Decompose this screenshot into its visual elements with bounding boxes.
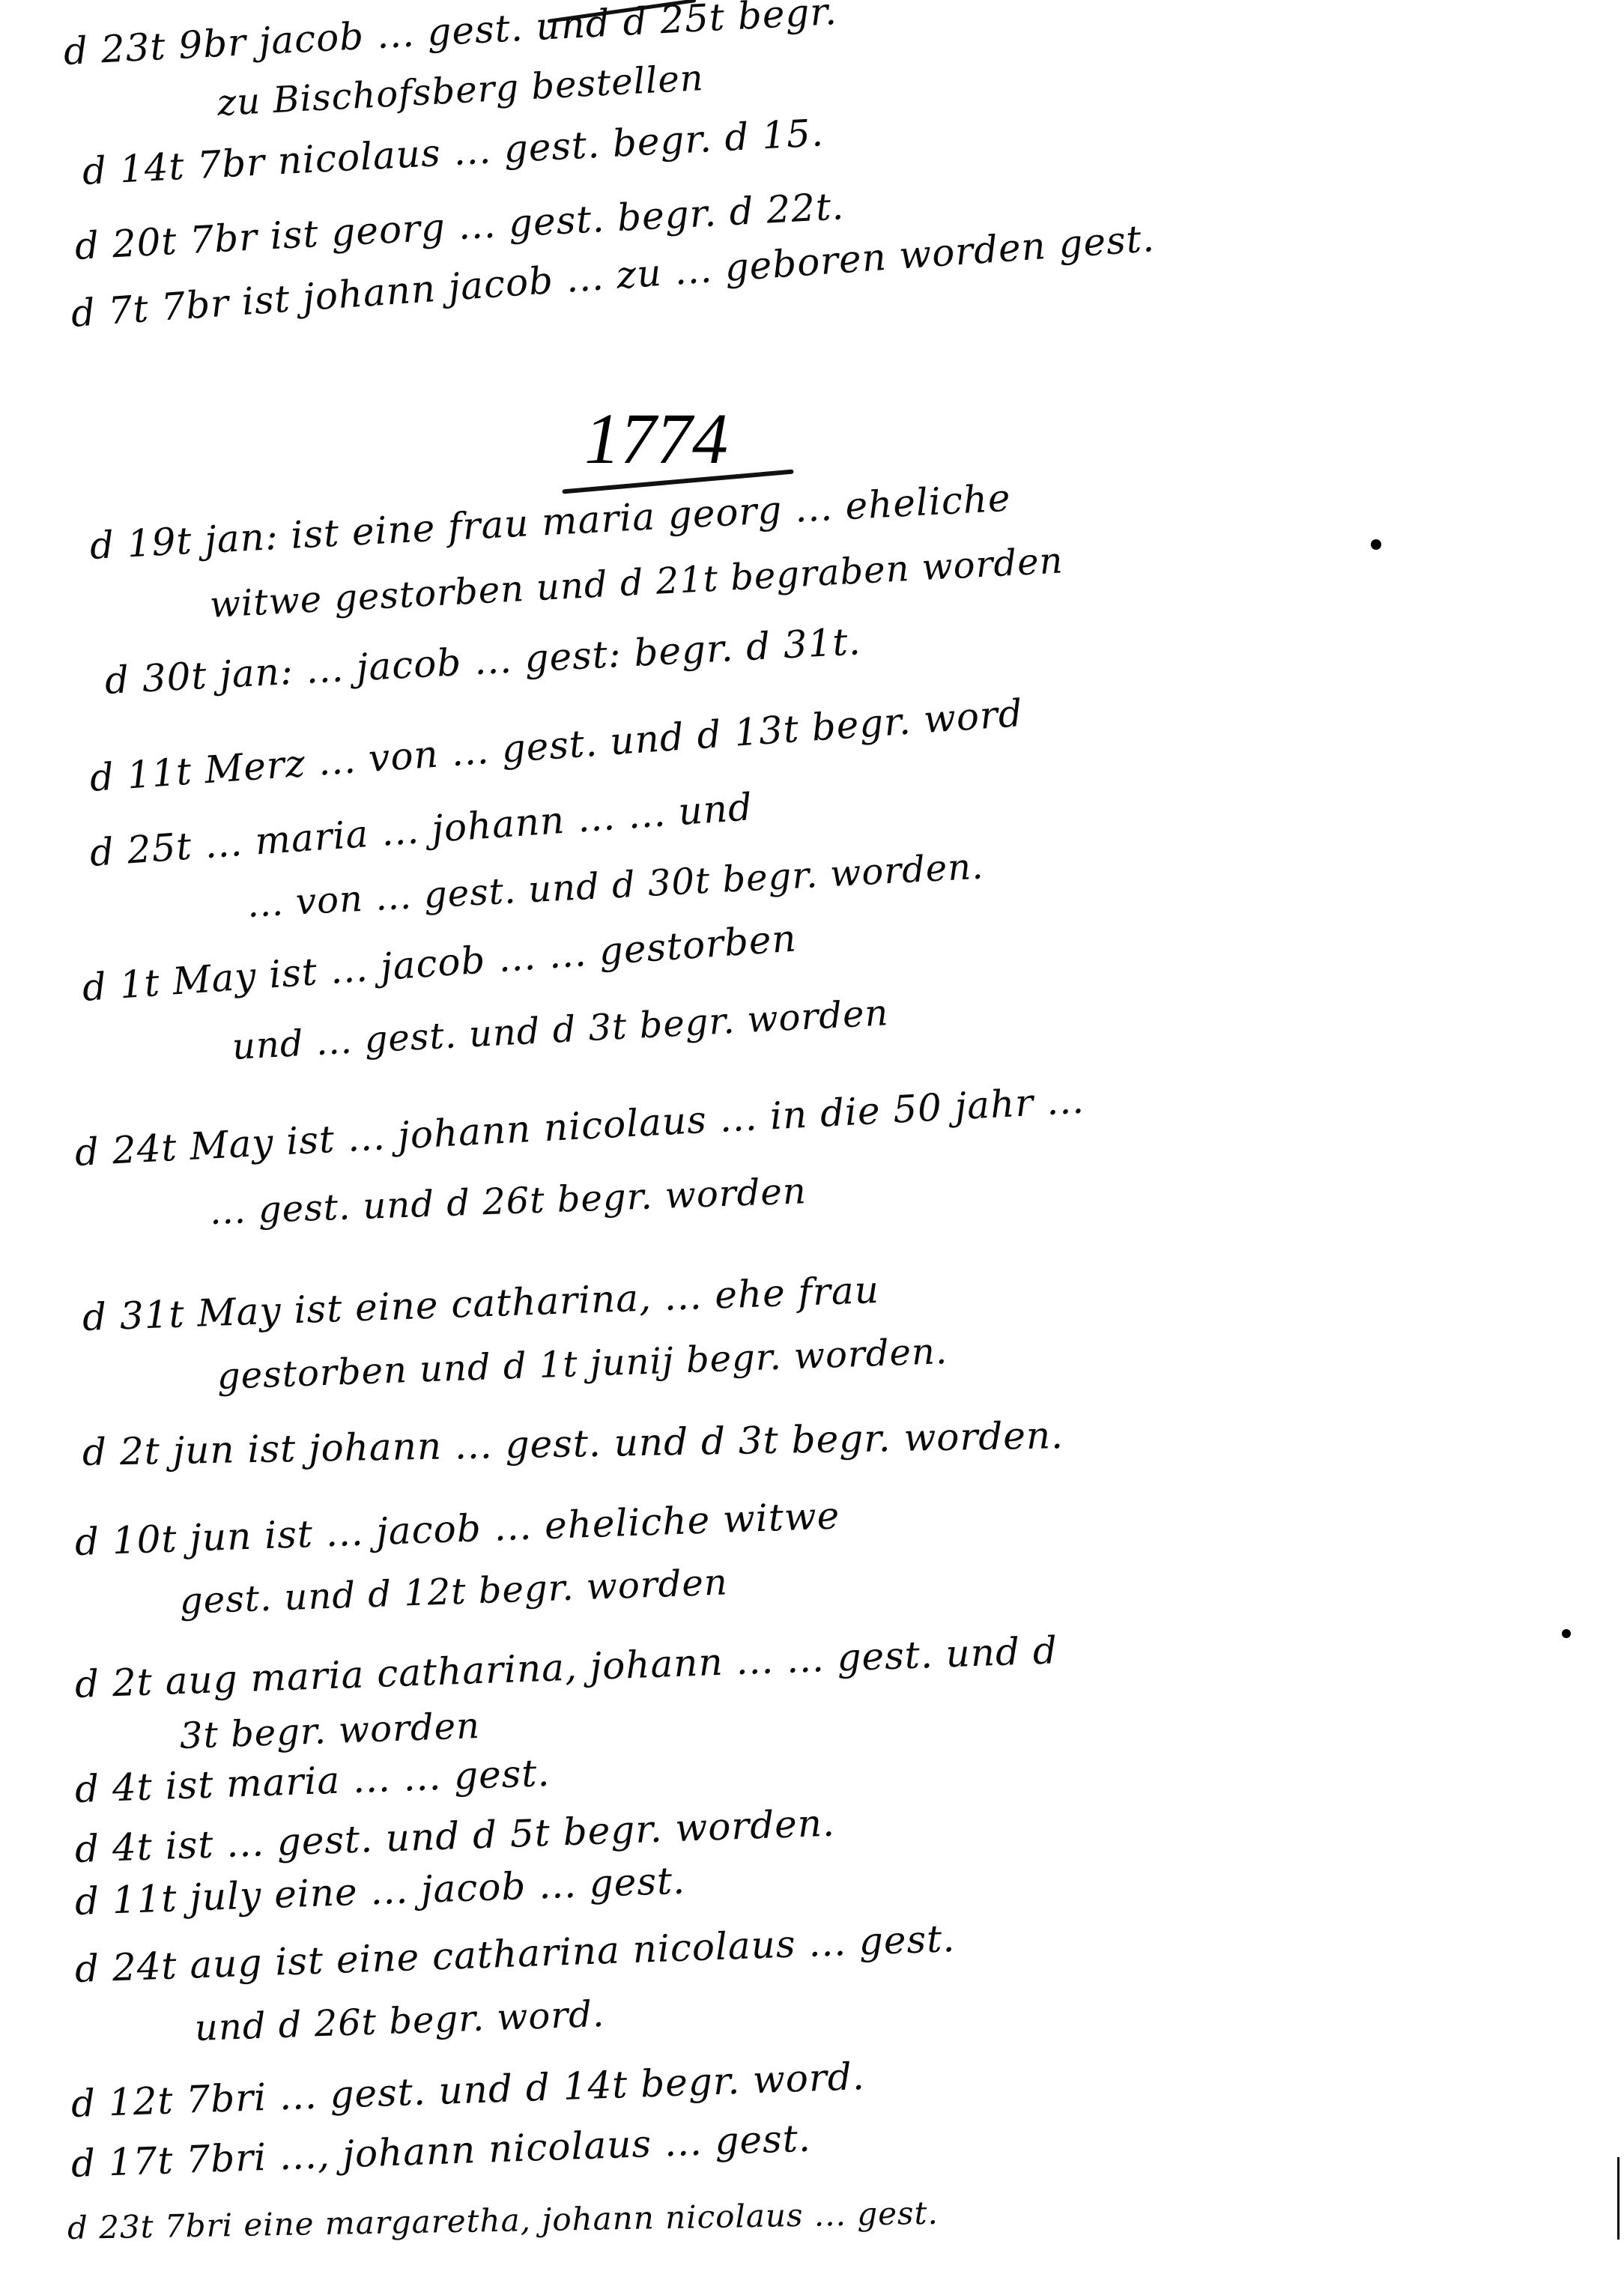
register-line: d 25t ... maria ... johann ... ... und <box>88 785 754 875</box>
register-line: d 23t 9br jacob ... gest. und d 25t begr… <box>62 0 837 73</box>
register-line: d 31t May ist eine catharina, ... ehe fr… <box>82 1268 880 1339</box>
register-line: d 2t aug maria catharina, johann ... ...… <box>74 1628 1058 1706</box>
register-line: d 30t jan: ... jacob ... gest: begr. d 3… <box>103 619 861 703</box>
register-line: ... von ... gest. und d 30t begr. worden… <box>246 846 985 926</box>
year-heading: 1774 <box>584 397 728 480</box>
document-page: d 23t 9br jacob ... gest. und d 25t begr… <box>0 0 1624 2286</box>
register-line: d 4t ist maria ... ... gest. <box>74 1751 551 1811</box>
register-line: d 24t aug ist eine catharina nicolaus ..… <box>74 1917 956 1991</box>
register-line: d 4t ist ... gest. und d 5t begr. worden… <box>74 1801 836 1871</box>
register-line: 3t begr. worden <box>179 1705 481 1757</box>
register-line: d 12t 7bri ... gest. und d 14t begr. wor… <box>70 2055 866 2126</box>
register-line: ... gest. und d 26t begr. worden <box>209 1170 808 1233</box>
register-line: d 10t jun ist ... jacob ... eheliche wit… <box>74 1494 840 1564</box>
register-line: gest. und d 12t begr. worden <box>179 1561 729 1622</box>
scan-edge-mark <box>1617 2157 1620 2240</box>
ink-speck <box>1562 1629 1571 1638</box>
register-line: zu Bischofsberg bestellen <box>216 57 705 124</box>
ink-speck <box>1371 539 1381 550</box>
register-line: d 23t 7bri eine margaretha, johann nicol… <box>67 2195 939 2246</box>
register-line: und d 26t begr. word. <box>194 1993 605 2049</box>
register-line: d 2t jun ist johann ... gest. und d 3t b… <box>82 1413 1064 1474</box>
register-line: gestorben und d 1t junij begr. worden. <box>216 1330 948 1398</box>
register-line: d 1t May ist ... jacob ... ... gestorben <box>81 916 798 1010</box>
register-line: d 11t july eine ... jacob ... gest. <box>74 1859 686 1923</box>
register-line: d 11t Merz ... von ... gest. und d 13t b… <box>88 691 1025 800</box>
register-line: und ... gest. und d 3t begr. worden <box>231 992 890 1068</box>
register-line: d 14t 7br nicolaus ... gest. begr. d 15. <box>81 111 825 193</box>
register-line: d 17t 7bri ..., johann nicolaus ... gest… <box>70 2117 812 2186</box>
register-line: d 24t May ist ... johann nicolaus ... in… <box>73 1078 1085 1174</box>
